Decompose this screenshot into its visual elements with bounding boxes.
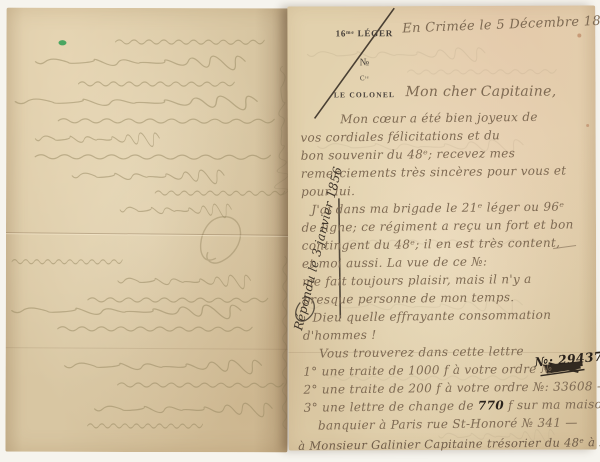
- fold-crease: [6, 233, 288, 236]
- letterhead-colonel-label: LE COLONEL: [324, 90, 406, 99]
- list-item-text: 3° une lettre de change de: [304, 399, 478, 415]
- salutation: Mon cher Capitaine,: [405, 84, 556, 101]
- bleed-through-writing: [5, 8, 288, 453]
- list-item-text: f sur ma maison: [504, 397, 600, 412]
- body-paragraph: Dieu quelle effrayante consommation d'ho…: [303, 305, 595, 345]
- letterhead: 16ᵐᵉ LÉGER № Cᶦᵉ LE COLONEL: [323, 28, 405, 99]
- letterhead-number-label: №: [323, 57, 405, 68]
- corrected-amount: 770: [478, 398, 504, 412]
- left-page: [5, 8, 288, 453]
- address-line: à Monsieur Galinier Capitaine trésorier …: [298, 433, 596, 455]
- green-ink-mark: [58, 40, 66, 45]
- dateline: En Crimée le 5 Décembre 1855: [402, 14, 592, 36]
- letterhead-company-label: Cᶦᵉ: [323, 74, 405, 82]
- ghost-signature-flourish: [201, 217, 241, 263]
- paper-speck: [577, 34, 581, 38]
- right-page: 16ᵐᵉ LÉGER № Cᶦᵉ LE COLONEL En Crimée le…: [287, 5, 597, 450]
- body-paragraph: Mon cœur a été bien joyeux de vos cordia…: [300, 107, 593, 201]
- regiment-name: 16ᵐᵉ LÉGER: [323, 28, 405, 38]
- body-paragraph: J'ai dans ma brigade le 21ᵉ léger ou 96ᵉ…: [301, 197, 594, 309]
- letter-scan: { "right_page": { "letterhead": { "regim…: [0, 0, 600, 462]
- list-item-continuation: banquier à Paris rue St-Honoré № 341 —: [318, 413, 596, 434]
- letter-body: Mon cœur a été bien joyeux de vos cordia…: [300, 107, 596, 455]
